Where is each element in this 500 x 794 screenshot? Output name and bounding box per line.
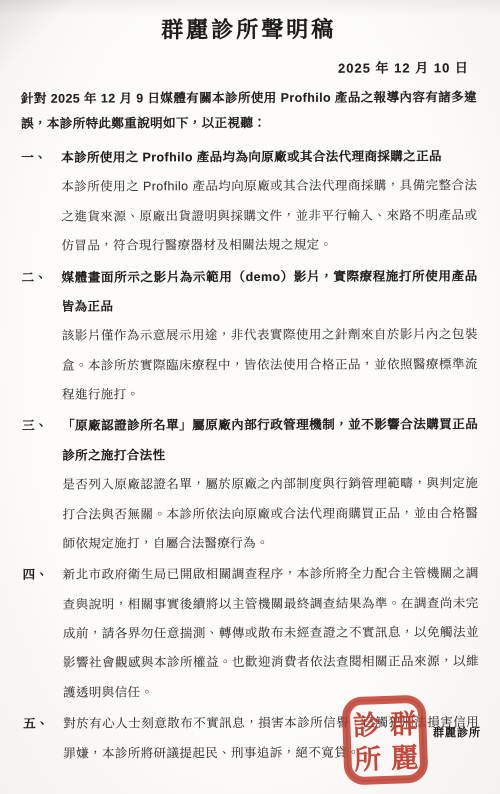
seal-char-1: 群 bbox=[389, 709, 417, 740]
statement-section-1: 一、 本診所使用之 Profhilo 產品均為向原廠或其合法代理商採購之正品 本… bbox=[21, 142, 477, 261]
section-number: 五、 bbox=[23, 710, 63, 740]
section-content: 本診所使用之 Profhilo 產品均為向原廠或其合法代理商採購之正品 本診所使… bbox=[61, 142, 477, 261]
seal-caption: 群麗診所 bbox=[433, 724, 481, 740]
section-body: 是否列入原廠認證名單，屬於原廠之內部制度與行銷管理範疇，與判定施打合法與否無關。… bbox=[62, 469, 478, 559]
section-number: 三、 bbox=[22, 412, 62, 442]
statement-sections: 一、 本診所使用之 Profhilo 產品均為向原廠或其合法代理商採購之正品 本… bbox=[21, 142, 479, 768]
document-sheet: 群麗診所聲明稿 2025 年 12 月 10 日 針對 2025 年 12 月 … bbox=[0, 0, 500, 769]
section-number: 二、 bbox=[22, 263, 62, 293]
section-body: 該影片僅作為示意展示用途，非代表實際使用之針劑來自於影片內之包裝盒。本診所於實際… bbox=[62, 320, 478, 410]
clinic-seal-area: 群 麗 診 所 群麗診所 bbox=[341, 694, 491, 789]
seal-char-4: 所 bbox=[354, 744, 382, 775]
statement-section-2: 二、 媒體畫面所示之影片為示範用（demo）影片，實際療程施打所使用產品皆為正品… bbox=[22, 262, 479, 410]
section-heading: 媒體畫面所示之影片為示範用（demo）影片，實際療程施打所使用產品皆為正品 bbox=[62, 262, 478, 322]
section-body: 新北市政府衛生局已開啟相關調查程序，本診所將全力配合主管機關之調查與說明，相關事… bbox=[63, 559, 480, 707]
statement-section-3: 三、 「原廠認證診所名單」屬原廠內部行政管理機制，並不影響合法購買正品診所之施打… bbox=[22, 411, 479, 559]
statement-document-page: 群麗診所聲明稿 2025 年 12 月 10 日 針對 2025 年 12 月 … bbox=[0, 0, 500, 794]
section-body: 本診所使用之 Profhilo 產品均向原廠或其合法代理商採購，具備完整合法之進… bbox=[61, 172, 477, 262]
section-content: 「原廠認證診所名單」屬原廠內部行政管理機制，並不影響合法購買正品診所之施打合法性… bbox=[62, 411, 479, 559]
seal-char-2: 麗 bbox=[391, 742, 419, 774]
seal-char-3: 診 bbox=[352, 709, 380, 741]
intro-paragraph: 針對 2025 年 12 月 9 日媒體有關本診所使用 Profhilo 產品之… bbox=[21, 85, 477, 137]
section-content: 新北市政府衛生局已開啟相關調查程序，本診所將全力配合主管機關之調查與說明，相關事… bbox=[63, 559, 480, 707]
section-number: 一、 bbox=[21, 144, 61, 174]
section-number: 四、 bbox=[23, 561, 63, 591]
section-content: 媒體畫面所示之影片為示範用（demo）影片，實際療程施打所使用產品皆為正品 該影… bbox=[62, 262, 479, 410]
statement-section-4: 四、 新北市政府衛生局已開啟相關調查程序，本診所將全力配合主管機關之調查與說明，… bbox=[23, 559, 480, 707]
section-heading: 「原廠認證診所名單」屬原廠內部行政管理機制，並不影響合法購買正品診所之施打合法性 bbox=[62, 411, 478, 471]
page-title: 群麗診所聲明稿 bbox=[21, 12, 477, 45]
statement-date: 2025 年 12 月 10 日 bbox=[21, 57, 469, 78]
section-heading: 本診所使用之 Profhilo 產品均為向原廠或其合法代理商採購之正品 bbox=[61, 142, 477, 173]
clinic-seal-stamp-icon: 群 麗 診 所 bbox=[339, 692, 430, 787]
